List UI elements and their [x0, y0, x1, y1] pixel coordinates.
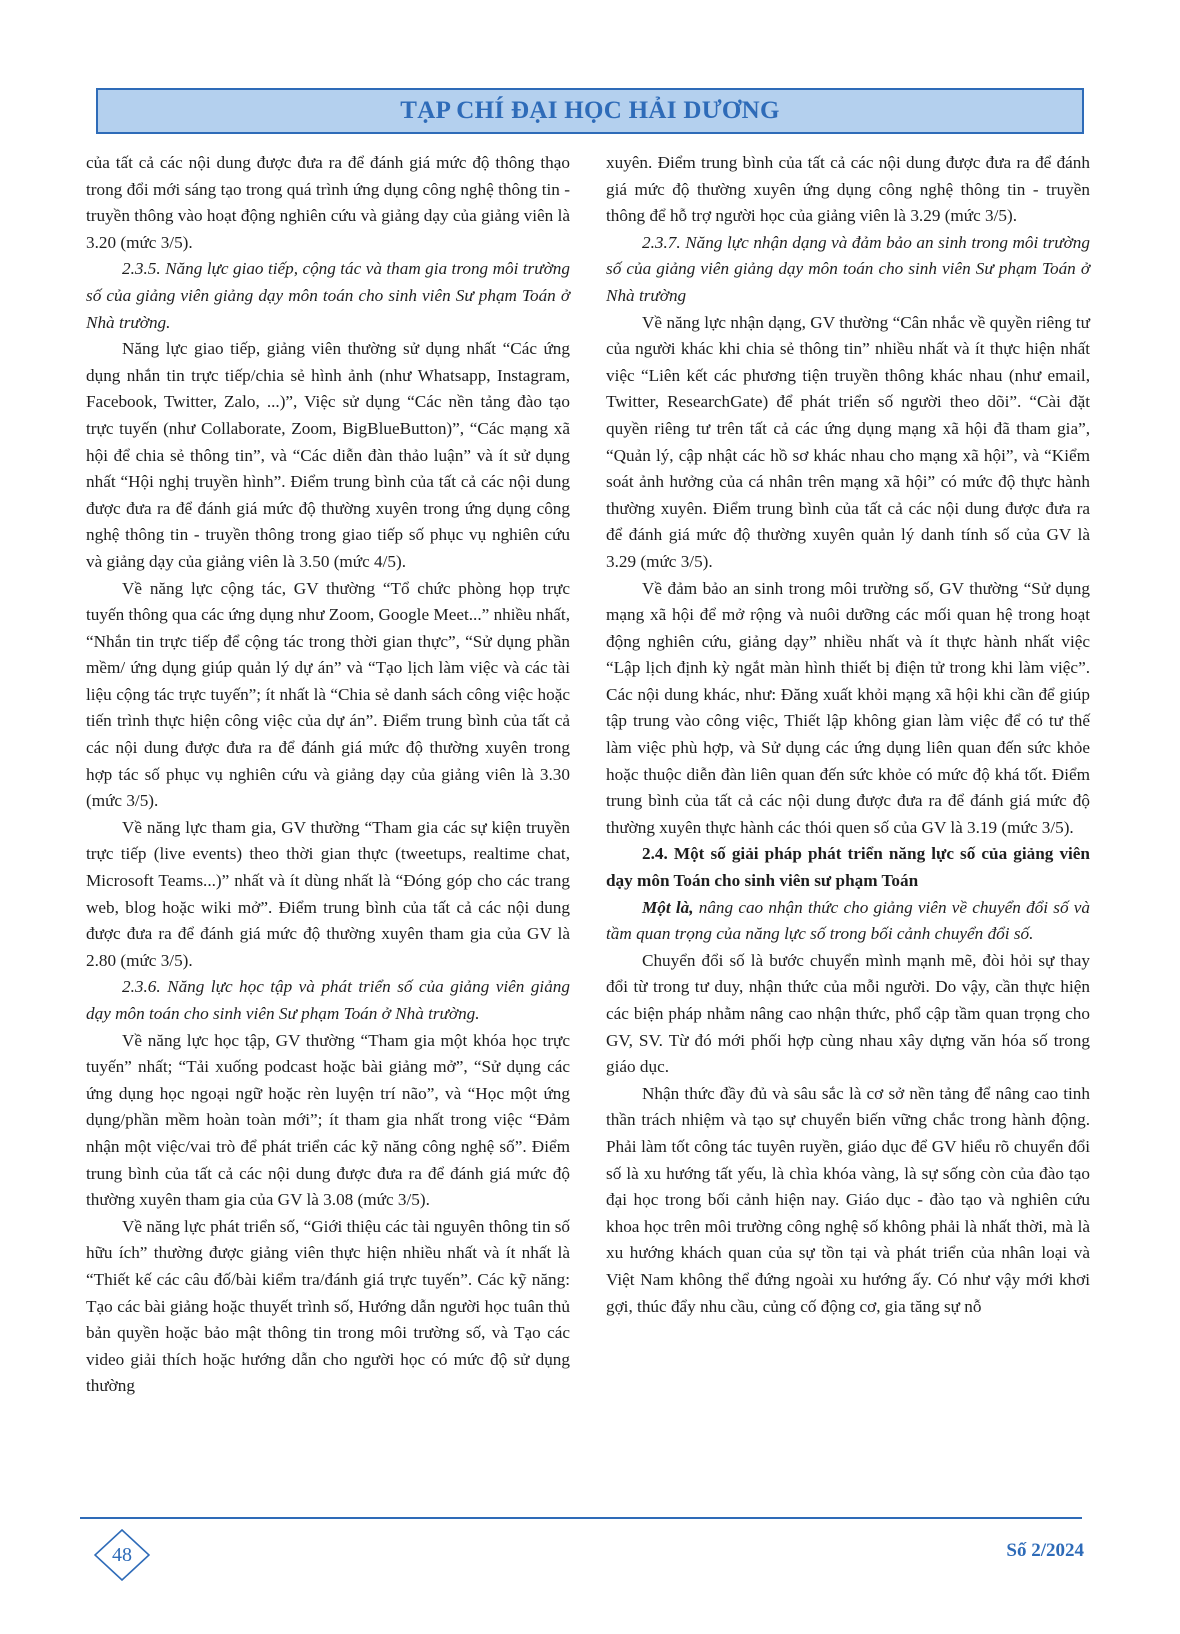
section-heading-2-3-6: 2.3.6. Năng lực học tập và phát triển số… — [86, 974, 570, 1027]
page-number: 48 — [94, 1529, 150, 1581]
paragraph: Về năng lực tham gia, GV thường “Tham gi… — [86, 815, 570, 975]
paragraph: Chuyển đổi số là bước chuyển mình mạnh m… — [606, 948, 1090, 1081]
paragraph: Về năng lực nhận dạng, GV thường “Cân nh… — [606, 310, 1090, 576]
issue-number: Số 2/2024 — [1006, 1540, 1084, 1562]
paragraph: Về năng lực phát triển số, “Giới thiệu c… — [86, 1214, 570, 1400]
journal-header-banner: TẠP CHÍ ĐẠI HỌC HẢI DƯƠNG — [96, 88, 1084, 134]
paragraph: Về năng lực cộng tác, GV thường “Tổ chức… — [86, 576, 570, 815]
paragraph: Về đảm bảo an sinh trong môi trường số, … — [606, 576, 1090, 842]
paragraph: của tất cả các nội dung được đưa ra để đ… — [86, 150, 570, 256]
left-column: của tất cả các nội dung được đưa ra để đ… — [86, 150, 570, 1400]
section-heading-2-3-7: 2.3.7. Năng lực nhận dạng và đảm bảo an … — [606, 230, 1090, 310]
solution-one-lead: Một là, — [642, 898, 694, 917]
footer-divider — [80, 1517, 1082, 1519]
paragraph: Năng lực giao tiếp, giảng viên thường sử… — [86, 336, 570, 575]
paragraph: Về năng lực học tập, GV thường “Tham gia… — [86, 1028, 570, 1214]
paragraph: Nhận thức đầy đủ và sâu sắc là cơ sở nền… — [606, 1081, 1090, 1320]
journal-title: TẠP CHÍ ĐẠI HỌC HẢI DƯƠNG — [400, 97, 780, 125]
section-heading-2-3-5: 2.3.5. Năng lực giao tiếp, cộng tác và t… — [86, 256, 570, 336]
right-column: xuyên. Điểm trung bình của tất cả các nộ… — [606, 150, 1090, 1320]
paragraph: xuyên. Điểm trung bình của tất cả các nộ… — [606, 150, 1090, 230]
solution-one-paragraph: Một là, nâng cao nhận thức cho giảng viê… — [606, 895, 1090, 948]
page-number-badge: 48 — [94, 1529, 150, 1581]
section-heading-2-4: 2.4. Một số giải pháp phát triển năng lự… — [606, 841, 1090, 894]
